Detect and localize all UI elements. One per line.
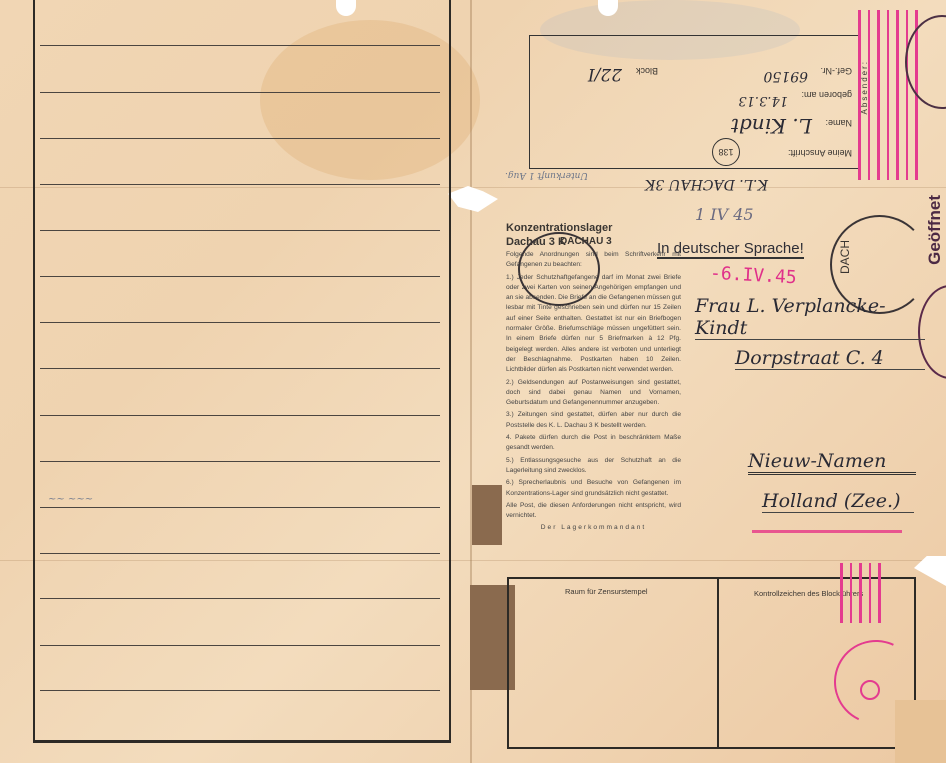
ruled-line [40,322,440,323]
rule-item: 3.) Zeitungen sind gestattet, dürfen abe… [506,410,681,431]
pencil-note: Unterkunft 1 Aug. [505,170,588,180]
ruled-line [40,138,440,139]
ruled-line [40,553,440,554]
pink-underline [752,530,902,533]
scanned-letter-form: ~~ ~~~ Meine Anschrift: Name: L. Kindt g… [0,0,946,763]
sender-name: L. Kindt [731,114,812,138]
recipient-name: Frau L. Verplancke-Kindt [695,295,925,340]
rule-item: 2.) Geldsendungen auf Postanweisungen si… [506,378,681,409]
ruled-line [40,184,440,185]
ruled-line [40,415,440,416]
torn-corner [895,700,946,763]
sender-address-box: Meine Anschrift: Name: L. Kindt geboren … [529,35,859,169]
pencil-date-note: 1 IV 45 [695,205,754,224]
ruled-line [40,507,440,508]
label-name: Name: [825,118,852,128]
sender-birthdate: 14.3.13 [738,93,788,108]
ruled-line [40,45,440,46]
censor-date-stamp: -6.IV.45 [710,263,798,289]
tape-residue [472,485,502,545]
faint-handwriting: ~~ ~~~ [48,494,93,505]
censor-bars-top [858,10,918,180]
recipient-town: Nieuw-Namen [748,450,916,475]
label-block: Block [636,66,658,76]
rule-item: 4. Pakete dürfen durch die Post in besch… [506,433,681,454]
ruled-line [40,645,440,646]
ruled-line [40,230,440,231]
sender-prisoner-number: 69150 [763,68,808,84]
recipient-street: Dorpstraat C. 4 [735,347,925,370]
pink-stamp-emblem [860,680,880,700]
censor-stamp-space-label: Raum für Zensurstempel [565,587,648,596]
box-divider [717,579,719,747]
ruled-line [40,598,440,599]
ruled-line [40,690,440,691]
rule-item: 5.) Entlassungsgesuche aus der Schutzhaf… [506,456,681,477]
postmark-text: DACHAU 3 [560,236,612,247]
sender-camp-address: K.L. DACHAU 3K [645,176,768,192]
recipient-country: Holland (Zee.) [762,490,914,513]
label-prisoner-number: Gef.-Nr. [820,66,852,76]
ruled-line [40,276,440,277]
torn-area [448,186,498,212]
rule-item: Alle Post, die diesen Anforderungen nich… [506,501,681,522]
label-address: Meine Anschrift: [788,148,852,158]
circled-number: 138 [712,138,740,166]
ruled-line [40,461,440,462]
opened-censor-label: Geöffnet [925,195,945,265]
rule-item: 6.) Sprecherlaubnis und Besuche von Gefa… [506,478,681,499]
writing-area-left [33,0,451,743]
censor-bars-bottom [840,563,881,623]
ruled-line [40,92,440,93]
ruled-line [40,368,440,369]
label-born: geboren am: [801,90,852,100]
postmark-right-text: DACH [838,240,852,274]
sender-block: 22/I [588,64,622,84]
signature: Der Lagerkommandant [506,523,681,533]
